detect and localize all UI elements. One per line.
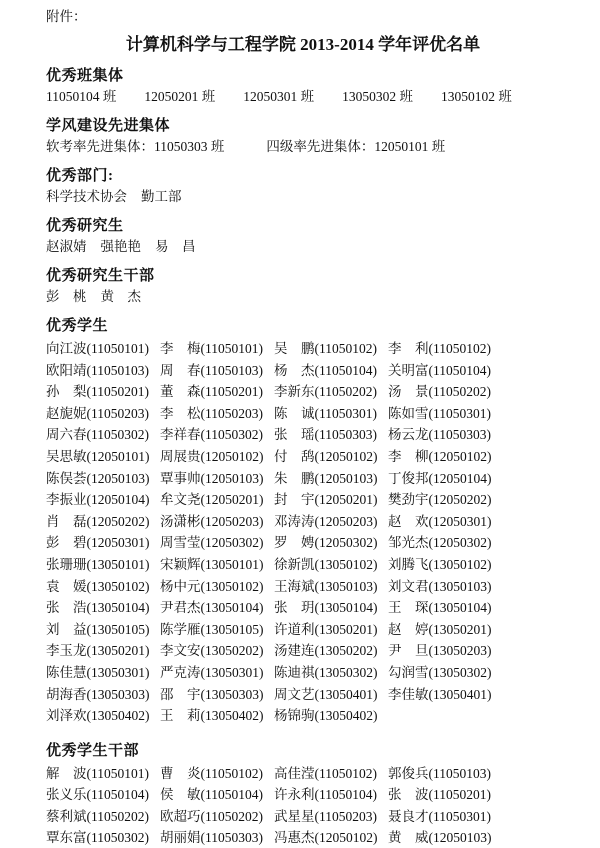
page-title: 计算机科学与工程学院 2013-2014 学年评优名单 (46, 34, 560, 56)
student-entry: 关明富(11050104) (388, 360, 500, 382)
student-entry: 张珊珊(13050101) (46, 554, 158, 576)
student-entry: 周文艺(13050401) (274, 684, 386, 706)
student-entry: 覃事帅(12050103) (160, 468, 272, 490)
student-entry: 肖 磊(12050202) (46, 511, 158, 533)
section-heading-excellent-graduate: 优秀研究生 (46, 216, 560, 236)
student-entry: 邵 宇(13050303) (160, 684, 272, 706)
study-style-list: 软考率先进集体：11050303 班四级率先进集体：12050101 班 (46, 138, 560, 156)
student-entry: 刘 益(13050105) (46, 619, 158, 641)
department-list: 科学技术协会勤工部 (46, 188, 560, 206)
student-entry: 汤建连(13050202) (274, 640, 386, 662)
student-entry: 李 松(11050203) (160, 403, 272, 425)
student-entry: 李佳敏(13050401) (388, 684, 500, 706)
excellent-class-list: 11050104 班12050201 班12050301 班13050302 班… (46, 88, 560, 106)
student-cadre-entry: 郭俊兵(11050103) (388, 763, 500, 785)
attachment-label: 附件： (46, 8, 560, 26)
student-entry: 刘腾飞(13050102) (388, 554, 500, 576)
student-entry: 董 森(11050201) (160, 381, 272, 403)
student-cadre-entry: 欧超巧(11050202) (160, 806, 272, 828)
student-cadre-entry: 曹 炎(11050102) (160, 763, 272, 785)
student-entry: 向江波(11050101) (46, 338, 158, 360)
document-page: 附件： 计算机科学与工程学院 2013-2014 学年评优名单 优秀班集体 11… (0, 0, 600, 848)
student-entry: 陈学雁(13050105) (160, 619, 272, 641)
graduate-name: 易 昌 (155, 238, 196, 256)
student-entry: 邓涛涛(12050203) (274, 511, 386, 533)
student-entry: 李玉龙(13050201) (46, 640, 158, 662)
student-entry: 彭 碧(12050301) (46, 532, 158, 554)
graduate-list: 赵淑婧强艳艳易 昌 (46, 238, 560, 256)
student-entry: 陈如雪(11050301) (388, 403, 500, 425)
student-entry: 勾润雪(13050302) (388, 662, 500, 684)
student-entry: 周 春(11050103) (160, 360, 272, 382)
student-entry: 牟文尧(12050201) (160, 489, 272, 511)
graduate-name: 赵淑婧 (46, 238, 87, 256)
student-entry: 胡海香(13050303) (46, 684, 158, 706)
student-entry: 陈俣荟(12050103) (46, 468, 158, 490)
section-heading-excellent-student: 优秀学生 (46, 316, 560, 336)
section-heading-excellent-graduate-cadre: 优秀研究生干部 (46, 266, 560, 286)
department-item: 勤工部 (141, 188, 182, 206)
graduate-cadre-name: 彭 桃 (46, 288, 87, 306)
student-entry: 吴思敏(12050101) (46, 446, 158, 468)
student-cadre-entry: 许永利(11050104) (274, 784, 386, 806)
student-entry: 丁俊邦(12050104) (388, 468, 500, 490)
student-entry: 李文安(13050202) (160, 640, 272, 662)
student-entry: 李新东(11050202) (274, 381, 386, 403)
student-cadre-entry: 黄 威(12050103) (388, 827, 500, 848)
student-entry: 李振业(12050104) (46, 489, 158, 511)
student-entry: 赵 欢(12050301) (388, 511, 500, 533)
student-entry: 许道利(13050201) (274, 619, 386, 641)
student-entry: 周六春(11050302) (46, 424, 158, 446)
student-entry: 汤潇彬(12050203) (160, 511, 272, 533)
class-item: 11050104 班 (46, 88, 116, 106)
class-item: 12050301 班 (243, 88, 314, 106)
student-entry: 赵旎妮(11050203) (46, 403, 158, 425)
student-entry: 宋颖辉(13050101) (160, 554, 272, 576)
student-entry: 李 柳(12050102) (388, 446, 500, 468)
excellent-student-list: 向江波(11050101)李 梅(11050101)吴 鹏(11050102)李… (46, 338, 560, 727)
student-entry: 徐新凯(13050102) (274, 554, 386, 576)
student-entry: 邹光杰(12050302) (388, 532, 500, 554)
student-entry: 刘文君(13050103) (388, 576, 500, 598)
student-entry: 杨中元(13050102) (160, 576, 272, 598)
section-heading-excellent-class: 优秀班集体 (46, 66, 560, 86)
student-cadre-entry: 蔡利斌(11050202) (46, 806, 158, 828)
student-entry: 朱 鹏(12050103) (274, 468, 386, 490)
student-entry: 孙 梨(11050201) (46, 381, 158, 403)
class-item: 13050102 班 (441, 88, 512, 106)
student-entry: 杨云龙(11050303) (388, 424, 500, 446)
student-entry: 杨 杰(11050104) (274, 360, 386, 382)
study-style-item: 四级率先进集体：12050101 班 (266, 138, 445, 156)
student-entry: 尹君杰(13050104) (160, 597, 272, 619)
student-cadre-entry: 张义乐(11050104) (46, 784, 158, 806)
student-entry: 杨锦驹(13050402) (274, 705, 386, 727)
student-entry: 李祥春(11050302) (160, 424, 272, 446)
department-item: 科学技术协会 (46, 188, 127, 206)
student-entry: 李 梅(11050101) (160, 338, 272, 360)
student-entry: 陈佳慧(13050301) (46, 662, 158, 684)
student-entry: 袁 媛(13050102) (46, 576, 158, 598)
student-entry: 陈 诚(11050301) (274, 403, 386, 425)
study-style-item: 软考率先进集体：11050303 班 (46, 138, 224, 156)
student-entry: 尹 旦(13050203) (388, 640, 500, 662)
student-cadre-entry: 解 波(11050101) (46, 763, 158, 785)
student-entry: 王 琛(13050104) (388, 597, 500, 619)
student-entry: 张 玥(13050104) (274, 597, 386, 619)
section-heading-study-style: 学风建设先进集体 (46, 116, 560, 136)
student-entry: 陈迪祺(13050302) (274, 662, 386, 684)
student-cadre-entry: 冯惠杰(12050102) (274, 827, 386, 848)
student-entry: 刘泽欢(13050402) (46, 705, 158, 727)
student-entry: 张 瑶(11050303) (274, 424, 386, 446)
student-entry: 罗 娉(12050302) (274, 532, 386, 554)
excellent-student-cadre-list: 解 波(11050101)曹 炎(11050102)高佳滢(11050102)郭… (46, 763, 560, 848)
student-entry: 赵 婷(13050201) (388, 619, 500, 641)
student-entry: 王海斌(13050103) (274, 576, 386, 598)
class-item: 12050201 班 (144, 88, 215, 106)
section-heading-excellent-department: 优秀部门: (46, 166, 560, 186)
student-cadre-entry: 覃东富(11050302) (46, 827, 158, 848)
student-entry: 周展贵(12050102) (160, 446, 272, 468)
graduate-cadre-name: 黄 杰 (101, 288, 142, 306)
student-cadre-entry: 张 波(11050201) (388, 784, 500, 806)
student-entry: 王 莉(13050402) (160, 705, 272, 727)
student-cadre-entry: 侯 敏(11050104) (160, 784, 272, 806)
student-cadre-entry: 高佳滢(11050102) (274, 763, 386, 785)
student-entry: 吴 鹏(11050102) (274, 338, 386, 360)
graduate-cadre-list: 彭 桃黄 杰 (46, 288, 560, 306)
student-entry: 李 利(11050102) (388, 338, 500, 360)
graduate-name: 强艳艳 (101, 238, 142, 256)
student-entry: 樊劲宇(12050202) (388, 489, 500, 511)
student-entry: 欧阳靖(11050103) (46, 360, 158, 382)
student-entry: 严克涛(13050301) (160, 662, 272, 684)
student-entry: 付 鸹(12050102) (274, 446, 386, 468)
student-cadre-entry: 武星星(11050203) (274, 806, 386, 828)
section-heading-excellent-student-cadre: 优秀学生干部 (46, 741, 560, 761)
student-cadre-entry: 聂良才(11050301) (388, 806, 500, 828)
student-entry: 周雪莹(12050302) (160, 532, 272, 554)
student-entry: 封 宇(12050201) (274, 489, 386, 511)
student-entry: 汤 景(11050202) (388, 381, 500, 403)
student-cadre-entry: 胡丽娟(11050303) (160, 827, 272, 848)
student-entry: 张 浩(13050104) (46, 597, 158, 619)
class-item: 13050302 班 (342, 88, 413, 106)
